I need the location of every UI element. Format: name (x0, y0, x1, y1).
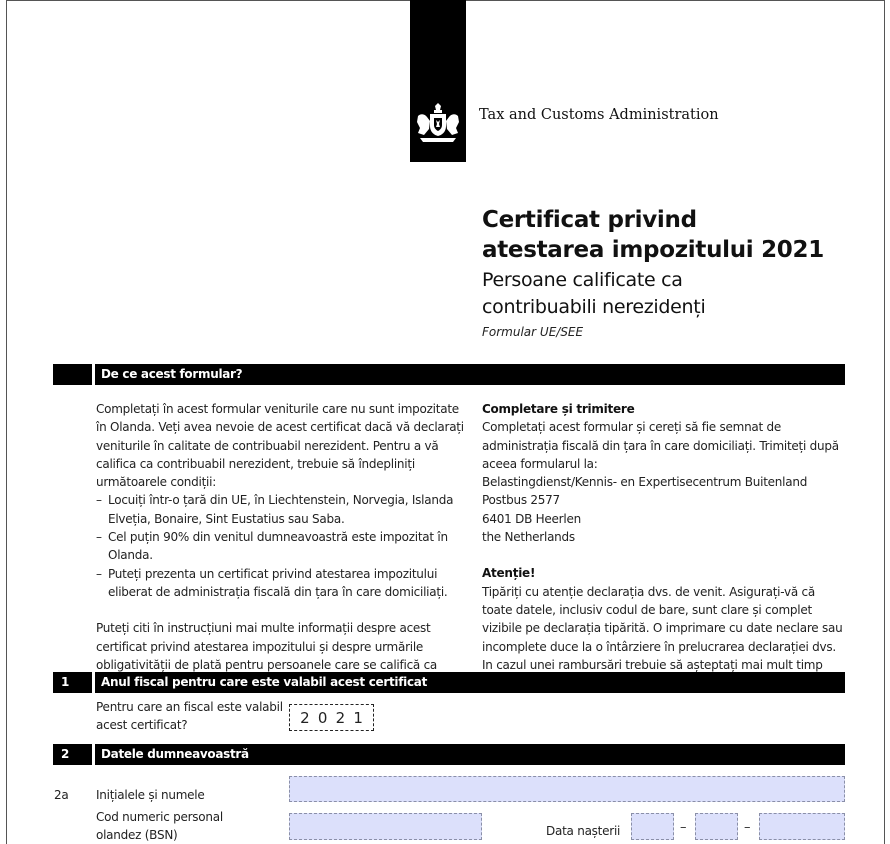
initials-name-input[interactable] (289, 776, 845, 802)
section-number: 1 (53, 672, 92, 693)
bsn-label-line: olandez (BSN) (96, 826, 223, 844)
question-line: Pentru care an fiscal este valabil (96, 698, 283, 716)
birth-date-label: Data nașterii (546, 822, 620, 840)
initials-name-label: Inițialele și numele (96, 786, 205, 804)
year-digit: 2 (333, 709, 347, 727)
birth-year-input[interactable] (759, 813, 845, 840)
intro-left-column: Completați în acest formular veniturile … (96, 400, 468, 692)
section-heading: Anul fiscal pentru care este valabil ace… (95, 672, 845, 693)
intro-right-column: Completare și trimitere Completați acest… (482, 400, 847, 692)
form-code: Formular UE/SEE (482, 325, 583, 339)
date-separator: – (744, 820, 751, 835)
address-line: Postbus 2577 (482, 491, 847, 509)
year-digit: 2 (298, 709, 312, 727)
address-line: 6401 DB Heerlen (482, 510, 847, 528)
section-bar-1: 1 Anul fiscal pentru care este valabil a… (53, 672, 845, 693)
condition-item: Cel puțin 90% din venitul dumneavoastră … (96, 528, 468, 565)
fiscal-year-question: Pentru care an fiscal este valabil acest… (96, 698, 283, 734)
section-number (53, 364, 92, 385)
section-bar-2: 2 Datele dumneavoastră (53, 744, 845, 765)
row-code-2a: 2a (54, 786, 69, 804)
form-title-line2: atestarea impozitului 2021 (482, 235, 824, 265)
section-heading: Datele dumneavoastră (95, 744, 845, 765)
address-line: Belastingdienst/Kennis- en Expertisecent… (482, 473, 847, 491)
bsn-input[interactable] (289, 813, 482, 840)
form-subtitle-line2: contribuabili nerezidenți (482, 294, 705, 320)
attention-heading: Atenție! (482, 564, 847, 582)
bsn-label-line: Cod numeric personal (96, 808, 223, 826)
year-digit: 1 (351, 709, 365, 727)
form-title: Certificat privind (482, 205, 697, 235)
royal-coat-of-arms-icon (414, 102, 462, 146)
conditions-list: Locuiți într-o țară din UE, în Liechtens… (96, 491, 468, 601)
section-number: 2 (53, 744, 92, 765)
intro-paragraph: Completați în acest formular veniturile … (96, 400, 468, 491)
section-bar-intro: De ce acest formular? (53, 364, 845, 385)
fiscal-year-input[interactable]: 2 0 2 1 (289, 704, 374, 731)
completion-text: Completați acest formular și cereți să f… (482, 418, 847, 473)
address-line: the Netherlands (482, 528, 847, 546)
completion-heading: Completare și trimitere (482, 400, 847, 418)
year-digit: 0 (316, 709, 330, 727)
date-separator: – (680, 820, 687, 835)
condition-item: Locuiți într-o țară din UE, în Liechtens… (96, 491, 468, 528)
birth-day-input[interactable] (631, 813, 674, 840)
agency-name: Tax and Customs Administration (479, 107, 719, 123)
condition-item: Puteți prezenta un certificat privind at… (96, 565, 468, 602)
form-subtitle: Persoane calificate ca (482, 267, 683, 293)
question-line: acest certificat? (96, 716, 283, 734)
section-heading: De ce acest formular? (95, 364, 845, 385)
bsn-label: Cod numeric personal olandez (BSN) (96, 808, 223, 844)
birth-month-input[interactable] (695, 813, 738, 840)
logo-bar (410, 0, 466, 162)
